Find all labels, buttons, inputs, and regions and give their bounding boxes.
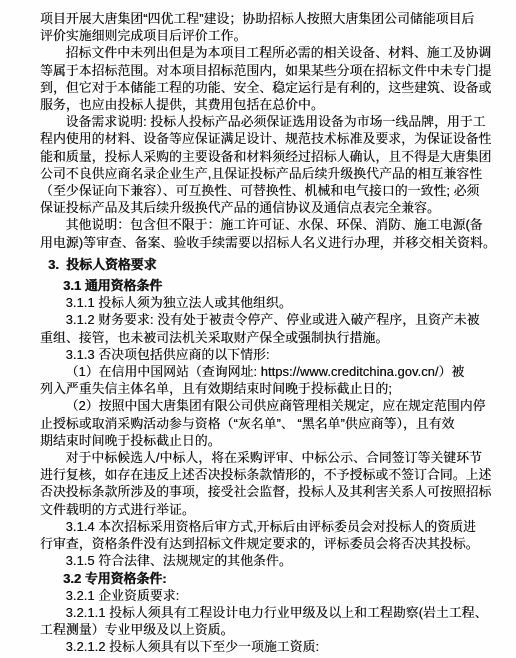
doc-line: 程内使用的材料、设备等应保证满足设计、规范技术标准及要求，为保证设备性 — [40, 130, 504, 147]
doc-line: 否决投标条款所涉及的事项，接受社会监督，投标人及其利害关系人可按照招标 — [40, 483, 504, 500]
subsection-heading-3-1: 3.1 通用资格条件 — [40, 277, 504, 294]
doc-line: 期结束时间晚于投标截止日的。 — [40, 432, 504, 449]
doc-line: 能和质量，投标人采购的主要设备和材料须经过招标人确认，且不得是大唐集团 — [40, 148, 504, 165]
doc-line: 招标文件中未列出但是为本项目工程所必需的相关设备、材料、施工及协调 — [40, 44, 504, 61]
document-page: 项目开展大唐集团“四优工程”建设；协助招标人按照大唐集团公司储能项目后 评价实施… — [0, 0, 516, 658]
doc-line-item-3-1-5: 3.1.5 符合法律、法规规定的其他条件。 — [40, 552, 504, 569]
doc-line-item-1: （1）在信用中国网站（查询网址: https://www.creditchina… — [40, 363, 504, 380]
doc-line: （至少保证向下兼容）、可互换性、可替换性、机械和电气接口的一致性; 必须 — [40, 182, 504, 199]
doc-line: 用电源)等审查、备案、验收手续需要以招标人名义进行办理，并移交相关资料。 — [40, 234, 504, 251]
doc-line: 项目开展大唐集团“四优工程”建设；协助招标人按照大唐集团公司储能项目后 — [40, 10, 504, 27]
doc-line-equipment-note: 设备需求说明: 投标人投标产品必须保证选用设备为市场一线品牌，用于工 — [40, 113, 504, 130]
doc-line: 止授标或取消采购活动参与资格（“灰名单”、 “黑名单”供应商等），且有效 — [40, 415, 504, 432]
doc-line: 对于中标候选人/中标人，将在采购评审、中标公示、合同签订等关键环节 — [40, 449, 504, 466]
section-heading-3: 3. 投标人资格要求 — [40, 256, 504, 273]
doc-line: 服务，也应由投标人提供，其费用包括在总价中。 — [40, 96, 504, 113]
document-body: 项目开展大唐集团“四优工程”建设；协助招标人按照大唐集团公司储能项目后 评价实施… — [40, 10, 504, 656]
doc-line: 列入严重失信主体名单，且有效期结束时间晚于投标截止日的; — [40, 380, 504, 397]
doc-line: 评价实施细则完成项目后评价工作。 — [40, 27, 504, 44]
doc-line-item-3-2-1: 3.2.1 企业资质要求: — [40, 587, 504, 604]
doc-line: 文件载明的方式进行举证。 — [40, 501, 504, 518]
doc-line-item-3-2-1-2: 3.2.1.2 投标人须具有以下至少一项施工资质: — [40, 638, 504, 655]
doc-line: 等属于本招标范围。对本项目招标范围内，如果某些分项在招标文件中未专门提 — [40, 62, 504, 79]
doc-line: 保证投标产品及其后续升级换代产品的通信协议及通信点表完全兼容。 — [40, 199, 504, 216]
doc-line-item-2: （2）按照中国大唐集团有限公司供应商管理相关规定，应在规定范围内停 — [40, 397, 504, 414]
doc-line: 公司不良供应商名录企业生产,且保证投标产品后续升级换代产品的相互兼容性 — [40, 165, 504, 182]
doc-line-item-3-2-1-1: 3.2.1.1 投标人须具有工程设计电力行业甲级及以上和工程勘察(岩土工程、 — [40, 604, 504, 621]
doc-line-item-3-1-2: 3.1.2 财务要求: 没有处于被责令停产、停业或进入破产程序，且资产未被 — [40, 311, 504, 328]
doc-line: 行审查，资格条件没有达到招标文件规定要求的，评标委员会将否决其投标。 — [40, 535, 504, 552]
doc-line: 重组、接管，也未被司法机关采取财产保全或强制执行措施。 — [40, 329, 504, 346]
doc-line: 工程测量）专业甲级及以上资质。 — [40, 621, 504, 638]
doc-line: 进行复核，如存在违反上述否决投标条款情形的，不予授标或不签订合同。上述 — [40, 466, 504, 483]
subsection-heading-3-2: 3.2 专用资格条件: — [40, 570, 504, 587]
doc-line-item-3-1-3: 3.1.3 否决项包括供应商的以下情形: — [40, 346, 504, 363]
doc-line-item-3-1-4: 3.1.4 本次招标采用资格后审方式,开标后由评标委员会对投标人的资质进 — [40, 518, 504, 535]
doc-line: 到，但它对于本储能工程的功能、安全、稳定运行是有利的，这些建筑、设备或 — [40, 79, 504, 96]
doc-line-other-note: 其他说明：包含但不限于：施工许可证、水保、环保、消防、施工电源(备 — [40, 216, 504, 233]
doc-line-item-3-1-1: 3.1.1 投标人须为独立法人或其他组织。 — [40, 294, 504, 311]
